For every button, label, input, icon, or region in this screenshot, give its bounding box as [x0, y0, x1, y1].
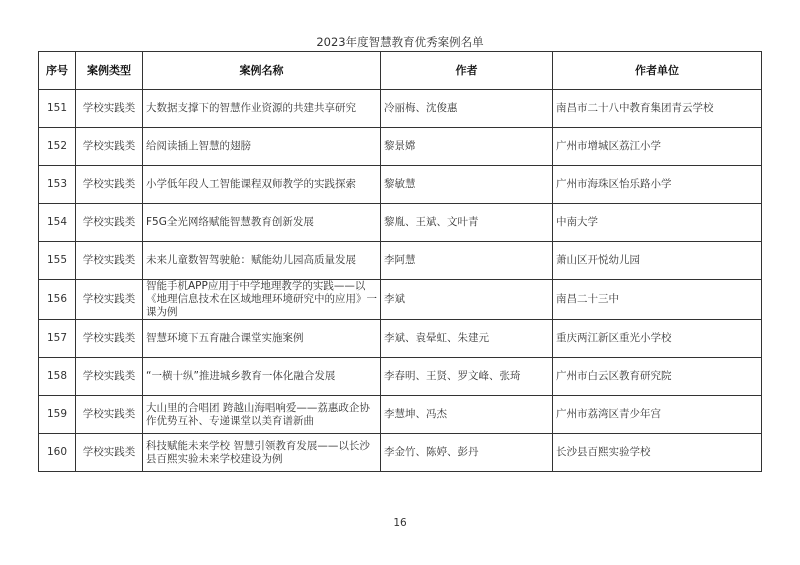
table-row: 153 学校实践类 小学低年段人工智能课程双师教学的实践探索 黎敏慧 广州市海珠… — [39, 166, 762, 204]
cell-type: 学校实践类 — [76, 166, 143, 204]
cell-type: 学校实践类 — [76, 204, 143, 242]
cell-authors: 李斌、袁晕虹、朱建元 — [381, 320, 553, 358]
cell-unit: 广州市白云区教育研究院 — [553, 358, 762, 396]
cell-no: 154 — [39, 204, 76, 242]
cell-type: 学校实践类 — [76, 128, 143, 166]
header-name: 案例名称 — [143, 52, 381, 90]
cell-name: 大数据支撑下的智慧作业资源的共建共享研究 — [143, 90, 381, 128]
cell-unit: 南昌二十三中 — [553, 280, 762, 320]
case-list-table: 序号 案例类型 案例名称 作者 作者单位 151 学校实践类 大数据支撑下的智慧… — [38, 51, 762, 472]
table-row: 160 学校实践类 科技赋能未来学校 智慧引领教育发展——以长沙县百熙实验未来学… — [39, 434, 762, 472]
cell-unit: 重庆两江新区重光小学校 — [553, 320, 762, 358]
cell-authors: 李金竹、陈婷、彭丹 — [381, 434, 553, 472]
cell-unit: 中南大学 — [553, 204, 762, 242]
cell-authors: 黎敏慧 — [381, 166, 553, 204]
header-unit: 作者单位 — [553, 52, 762, 90]
table-row: 157 学校实践类 智慧环境下五育融合课堂实施案例 李斌、袁晕虹、朱建元 重庆两… — [39, 320, 762, 358]
table-row: 151 学校实践类 大数据支撑下的智慧作业资源的共建共享研究 冷丽梅、沈俊惠 南… — [39, 90, 762, 128]
cell-name: F5G全光网络赋能智慧教育创新发展 — [143, 204, 381, 242]
cell-type: 学校实践类 — [76, 242, 143, 280]
cell-no: 157 — [39, 320, 76, 358]
cell-no: 155 — [39, 242, 76, 280]
cell-no: 156 — [39, 280, 76, 320]
cell-authors: 冷丽梅、沈俊惠 — [381, 90, 553, 128]
cell-unit: 广州市海珠区怡乐路小学 — [553, 166, 762, 204]
cell-type: 学校实践类 — [76, 90, 143, 128]
cell-authors: 李慧坤、冯杰 — [381, 396, 553, 434]
table-row: 155 学校实践类 未来儿童数智驾驶舱：赋能幼儿园高质量发展 李阿慧 萧山区开悦… — [39, 242, 762, 280]
cell-type: 学校实践类 — [76, 320, 143, 358]
cell-no: 158 — [39, 358, 76, 396]
table-row: 158 学校实践类 “一横十纵”推进城乡教育一体化融合发展 李春明、王贤、罗文峰… — [39, 358, 762, 396]
header-no: 序号 — [39, 52, 76, 90]
page-number: 16 — [0, 517, 800, 529]
cell-name: 大山里的合唱团 跨越山海唱响爱——荔惠政企协作优势互补、专递课堂以美育谱新曲 — [143, 396, 381, 434]
cell-authors: 黎景嫦 — [381, 128, 553, 166]
cell-no: 160 — [39, 434, 76, 472]
cell-unit: 长沙县百熙实验学校 — [553, 434, 762, 472]
cell-name: 智慧环境下五育融合课堂实施案例 — [143, 320, 381, 358]
cell-authors: 李春明、王贤、罗文峰、张琦 — [381, 358, 553, 396]
cell-name: “一横十纵”推进城乡教育一体化融合发展 — [143, 358, 381, 396]
table-header-row: 序号 案例类型 案例名称 作者 作者单位 — [39, 52, 762, 90]
cell-name: 小学低年段人工智能课程双师教学的实践探索 — [143, 166, 381, 204]
cell-type: 学校实践类 — [76, 358, 143, 396]
cell-type: 学校实践类 — [76, 396, 143, 434]
table-row: 152 学校实践类 给阅读插上智慧的翅膀 黎景嫦 广州市增城区荔江小学 — [39, 128, 762, 166]
cell-unit: 南昌市二十八中教育集团青云学校 — [553, 90, 762, 128]
table-row: 156 学校实践类 智能手机APP应用于中学地理教学的实践——以《地理信息技术在… — [39, 280, 762, 320]
header-type: 案例类型 — [76, 52, 143, 90]
table-row: 154 学校实践类 F5G全光网络赋能智慧教育创新发展 黎胤、王斌、文叶青 中南… — [39, 204, 762, 242]
header-authors: 作者 — [381, 52, 553, 90]
cell-authors: 李阿慧 — [381, 242, 553, 280]
table-row: 159 学校实践类 大山里的合唱团 跨越山海唱响爱——荔惠政企协作优势互补、专递… — [39, 396, 762, 434]
cell-name: 科技赋能未来学校 智慧引领教育发展——以长沙县百熙实验未来学校建设为例 — [143, 434, 381, 472]
cell-unit: 广州市荔湾区青少年宫 — [553, 396, 762, 434]
cell-no: 159 — [39, 396, 76, 434]
cell-unit: 广州市增城区荔江小学 — [553, 128, 762, 166]
cell-name: 未来儿童数智驾驶舱：赋能幼儿园高质量发展 — [143, 242, 381, 280]
cell-authors: 李斌 — [381, 280, 553, 320]
cell-no: 151 — [39, 90, 76, 128]
cell-unit: 萧山区开悦幼儿园 — [553, 242, 762, 280]
cell-no: 153 — [39, 166, 76, 204]
cell-no: 152 — [39, 128, 76, 166]
cell-type: 学校实践类 — [76, 434, 143, 472]
cell-type: 学校实践类 — [76, 280, 143, 320]
document-title: 2023年度智慧教育优秀案例名单 — [0, 34, 800, 50]
cell-name: 给阅读插上智慧的翅膀 — [143, 128, 381, 166]
cell-name: 智能手机APP应用于中学地理教学的实践——以《地理信息技术在区域地理环境研究中的… — [143, 280, 381, 320]
cell-authors: 黎胤、王斌、文叶青 — [381, 204, 553, 242]
